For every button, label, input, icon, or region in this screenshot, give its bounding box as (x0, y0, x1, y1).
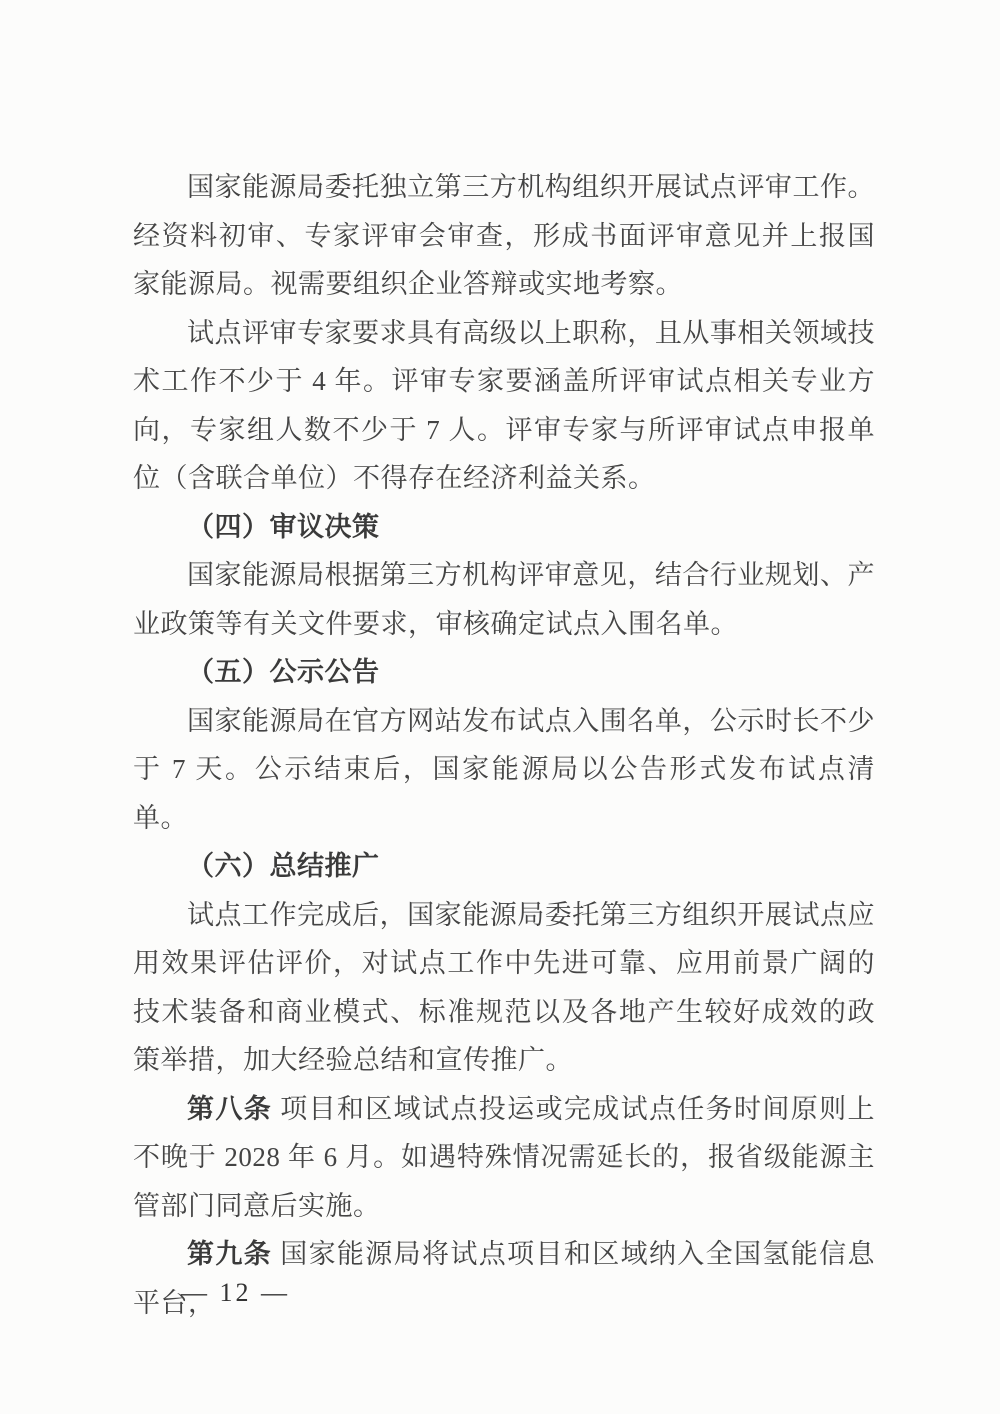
paragraph-review-process: 国家能源局委托独立第三方机构组织开展试点评审工作。经资料初审、专家评审会审查，形… (133, 163, 875, 309)
page-number: — 12 — (181, 1276, 290, 1310)
paragraph-evaluation-promotion: 试点工作完成后，国家能源局委托第三方组织开展试点应用效果评估评价，对试点工作中先… (133, 891, 875, 1085)
paragraph-shortlist-determination: 国家能源局根据第三方机构评审意见，结合行业规划、产业政策等有关文件要求，审核确定… (133, 551, 875, 648)
document-body: 国家能源局委托独立第三方机构组织开展试点评审工作。经资料初审、专家评审会审查，形… (133, 163, 875, 1327)
article-9-label: 第九条 (187, 1239, 272, 1269)
section-heading-deliberation-decision: （四）审议决策 (133, 503, 875, 552)
paragraph-expert-requirements: 试点评审专家要求具有高级以上职称，且从事相关领域技术工作不少于 4 年。评审专家… (133, 309, 875, 503)
paragraph-article-8: 第八条 项目和区域试点投运或完成试点任务时间原则上不晚于 2028 年 6 月。… (133, 1085, 875, 1231)
section-heading-summary-promotion: （六）总结推广 (133, 842, 875, 891)
section-heading-public-announcement: （五）公示公告 (133, 648, 875, 697)
paragraph-public-announcement: 国家能源局在官方网站发布试点入围名单，公示时长不少于 7 天。公示结束后，国家能… (133, 697, 875, 843)
document-page: 国家能源局委托独立第三方机构组织开展试点评审工作。经资料初审、专家评审会审查，形… (0, 0, 1000, 1414)
article-8-label: 第八条 (187, 1094, 272, 1124)
